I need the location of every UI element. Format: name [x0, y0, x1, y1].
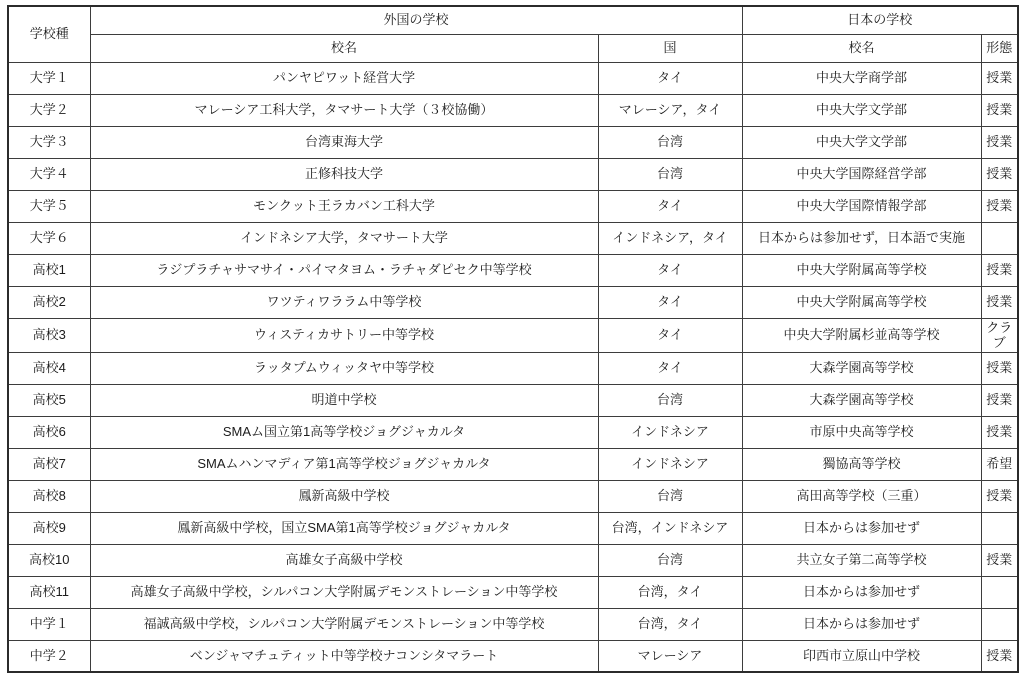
japan-school-name-cell: 中央大学文学部	[742, 126, 981, 158]
country-cell: 台湾	[598, 126, 742, 158]
foreign-school-name-cell: インドネシア大学，タマサート大学	[90, 222, 598, 254]
school-type-cell: 高校5	[8, 384, 90, 416]
country-cell: インドネシア	[598, 416, 742, 448]
header-format: 形態	[981, 34, 1018, 62]
header-japan-school-name: 校名	[742, 34, 981, 62]
header-foreign-school: 外国の学校	[90, 6, 742, 34]
school-type-cell: 高校10	[8, 544, 90, 576]
country-cell: タイ	[598, 62, 742, 94]
japan-school-name-cell: 獨協高等学校	[742, 448, 981, 480]
table-row: 高校10高雄女子高級中学校台湾共立女子第二高等学校授業	[8, 544, 1018, 576]
foreign-school-name-cell: 鳳新高級中学校	[90, 480, 598, 512]
country-cell: タイ	[598, 352, 742, 384]
format-cell	[981, 576, 1018, 608]
country-cell: タイ	[598, 286, 742, 318]
school-type-cell: 大学６	[8, 222, 90, 254]
school-type-cell: 大学１	[8, 62, 90, 94]
table-row: 高校2ワツティワララム中等学校タイ中央大学附属高等学校授業	[8, 286, 1018, 318]
japan-school-name-cell: 日本からは参加せず	[742, 608, 981, 640]
foreign-school-name-cell: 福誠高級中学校，シルパコン大学附属デモンストレーション中等学校	[90, 608, 598, 640]
school-type-cell: 中学２	[8, 640, 90, 672]
table-row: 高校8鳳新高級中学校台湾高田高等学校（三重）授業	[8, 480, 1018, 512]
japan-school-name-cell: 中央大学国際情報学部	[742, 190, 981, 222]
foreign-school-name-cell: マレーシア工科大学，タマサート大学（３校協働）	[90, 94, 598, 126]
japan-school-name-cell: 市原中央高等学校	[742, 416, 981, 448]
table-row: 大学３台湾東海大学台湾中央大学文学部授業	[8, 126, 1018, 158]
foreign-school-name-cell: ラッタプムウィッタヤ中等学校	[90, 352, 598, 384]
format-cell: 授業	[981, 544, 1018, 576]
japan-school-name-cell: 中央大学附属高等学校	[742, 254, 981, 286]
school-type-cell: 大学４	[8, 158, 90, 190]
table-row: 高校6SMAム国立第1高等学校ジョグジャカルタインドネシア市原中央高等学校授業	[8, 416, 1018, 448]
country-cell: マレーシア	[598, 640, 742, 672]
format-cell: 授業	[981, 480, 1018, 512]
country-cell: 台湾，タイ	[598, 576, 742, 608]
foreign-school-name-cell: ベンジャマチュティット中等学校ナコンシタマラート	[90, 640, 598, 672]
japan-school-name-cell: 共立女子第二高等学校	[742, 544, 981, 576]
school-type-cell: 高校4	[8, 352, 90, 384]
japan-school-name-cell: 中央大学文学部	[742, 94, 981, 126]
table-row: 大学５モンクット王ラカバン工科大学タイ中央大学国際情報学部授業	[8, 190, 1018, 222]
foreign-school-name-cell: SMAムハンマディア第1高等学校ジョグジャカルタ	[90, 448, 598, 480]
foreign-school-name-cell: パンヤピワット経営大学	[90, 62, 598, 94]
header-japan-school: 日本の学校	[742, 6, 1018, 34]
school-type-cell: 大学３	[8, 126, 90, 158]
country-cell: タイ	[598, 190, 742, 222]
school-type-cell: 高校2	[8, 286, 90, 318]
school-type-cell: 高校7	[8, 448, 90, 480]
header-country: 国	[598, 34, 742, 62]
document-page: 学校種 外国の学校 日本の学校 校名 国 校名 形態 大学１パンヤピワット経営大…	[0, 0, 1024, 683]
country-cell: タイ	[598, 254, 742, 286]
school-type-cell: 高校9	[8, 512, 90, 544]
table-body: 大学１パンヤピワット経営大学タイ中央大学商学部授業大学２マレーシア工科大学，タマ…	[8, 62, 1018, 672]
table-row: 高校7SMAムハンマディア第1高等学校ジョグジャカルタインドネシア獨協高等学校希…	[8, 448, 1018, 480]
format-cell: 授業	[981, 416, 1018, 448]
japan-school-name-cell: 中央大学附属杉並高等学校	[742, 318, 981, 352]
format-cell	[981, 608, 1018, 640]
header-row-top: 学校種 外国の学校 日本の学校	[8, 6, 1018, 34]
foreign-school-name-cell: 鳳新高級中学校，国立SMA第1高等学校ジョグジャカルタ	[90, 512, 598, 544]
foreign-school-name-cell: 高雄女子高級中学校，シルパコン大学附属デモンストレーション中等学校	[90, 576, 598, 608]
header-school-type: 学校種	[8, 6, 90, 62]
japan-school-name-cell: 大森学園高等学校	[742, 352, 981, 384]
school-type-cell: 高校1	[8, 254, 90, 286]
format-cell: 授業	[981, 352, 1018, 384]
foreign-school-name-cell: SMAム国立第1高等学校ジョグジャカルタ	[90, 416, 598, 448]
format-cell: 授業	[981, 384, 1018, 416]
format-cell	[981, 512, 1018, 544]
country-cell: インドネシア，タイ	[598, 222, 742, 254]
school-type-cell: 高校3	[8, 318, 90, 352]
header-row-sub: 校名 国 校名 形態	[8, 34, 1018, 62]
format-cell	[981, 222, 1018, 254]
japan-school-name-cell: 中央大学商学部	[742, 62, 981, 94]
school-type-cell: 高校11	[8, 576, 90, 608]
table-row: 大学４正修科技大学台湾中央大学国際経営学部授業	[8, 158, 1018, 190]
japan-school-name-cell: 日本からは参加せず	[742, 576, 981, 608]
japan-school-name-cell: 高田高等学校（三重）	[742, 480, 981, 512]
school-type-cell: 大学５	[8, 190, 90, 222]
foreign-school-name-cell: ウィスティカサトリー中等学校	[90, 318, 598, 352]
japan-school-name-cell: 中央大学国際経営学部	[742, 158, 981, 190]
header-foreign-school-name: 校名	[90, 34, 598, 62]
format-cell: 希望	[981, 448, 1018, 480]
country-cell: インドネシア	[598, 448, 742, 480]
japan-school-name-cell: 大森学園高等学校	[742, 384, 981, 416]
foreign-school-name-cell: 台湾東海大学	[90, 126, 598, 158]
foreign-school-name-cell: ワツティワララム中等学校	[90, 286, 598, 318]
table-row: 高校4ラッタプムウィッタヤ中等学校タイ大森学園高等学校授業	[8, 352, 1018, 384]
format-cell: 授業	[981, 62, 1018, 94]
foreign-school-name-cell: 高雄女子高級中学校	[90, 544, 598, 576]
table-row: 大学１パンヤピワット経営大学タイ中央大学商学部授業	[8, 62, 1018, 94]
format-cell: 授業	[981, 158, 1018, 190]
format-cell: 授業	[981, 286, 1018, 318]
japan-school-name-cell: 日本からは参加せず，日本語で実施	[742, 222, 981, 254]
format-cell: 授業	[981, 640, 1018, 672]
table-row: 大学６インドネシア大学，タマサート大学インドネシア，タイ日本からは参加せず，日本…	[8, 222, 1018, 254]
table-row: 高校3ウィスティカサトリー中等学校タイ中央大学附属杉並高等学校クラブ	[8, 318, 1018, 352]
format-cell: 授業	[981, 126, 1018, 158]
japan-school-name-cell: 日本からは参加せず	[742, 512, 981, 544]
country-cell: タイ	[598, 318, 742, 352]
foreign-school-name-cell: 正修科技大学	[90, 158, 598, 190]
country-cell: 台湾	[598, 158, 742, 190]
country-cell: 台湾	[598, 480, 742, 512]
school-type-cell: 高校8	[8, 480, 90, 512]
school-exchange-table: 学校種 外国の学校 日本の学校 校名 国 校名 形態 大学１パンヤピワット経営大…	[7, 5, 1019, 673]
country-cell: 台湾	[598, 544, 742, 576]
country-cell: 台湾	[598, 384, 742, 416]
table-row: 高校1ラジプラチャサマサイ・パイマタヨム・ラチャダピセク中等学校タイ中央大学附属…	[8, 254, 1018, 286]
japan-school-name-cell: 中央大学附属高等学校	[742, 286, 981, 318]
format-cell: 授業	[981, 190, 1018, 222]
foreign-school-name-cell: モンクット王ラカバン工科大学	[90, 190, 598, 222]
table-row: 高校5明道中学校台湾大森学園高等学校授業	[8, 384, 1018, 416]
country-cell: マレーシア，タイ	[598, 94, 742, 126]
format-cell: 授業	[981, 254, 1018, 286]
school-type-cell: 大学２	[8, 94, 90, 126]
format-cell: 授業	[981, 94, 1018, 126]
table-row: 大学２マレーシア工科大学，タマサート大学（３校協働）マレーシア，タイ中央大学文学…	[8, 94, 1018, 126]
table-row: 中学２ベンジャマチュティット中等学校ナコンシタマラートマレーシア印西市立原山中学…	[8, 640, 1018, 672]
japan-school-name-cell: 印西市立原山中学校	[742, 640, 981, 672]
country-cell: 台湾，インドネシア	[598, 512, 742, 544]
school-type-cell: 中学１	[8, 608, 90, 640]
foreign-school-name-cell: ラジプラチャサマサイ・パイマタヨム・ラチャダピセク中等学校	[90, 254, 598, 286]
table-header: 学校種 外国の学校 日本の学校 校名 国 校名 形態	[8, 6, 1018, 62]
table-row: 中学１福誠高級中学校，シルパコン大学附属デモンストレーション中等学校台湾，タイ日…	[8, 608, 1018, 640]
country-cell: 台湾，タイ	[598, 608, 742, 640]
table-row: 高校9鳳新高級中学校，国立SMA第1高等学校ジョグジャカルタ台湾，インドネシア日…	[8, 512, 1018, 544]
format-cell: クラブ	[981, 318, 1018, 352]
school-type-cell: 高校6	[8, 416, 90, 448]
foreign-school-name-cell: 明道中学校	[90, 384, 598, 416]
table-row: 高校11高雄女子高級中学校，シルパコン大学附属デモンストレーション中等学校台湾，…	[8, 576, 1018, 608]
